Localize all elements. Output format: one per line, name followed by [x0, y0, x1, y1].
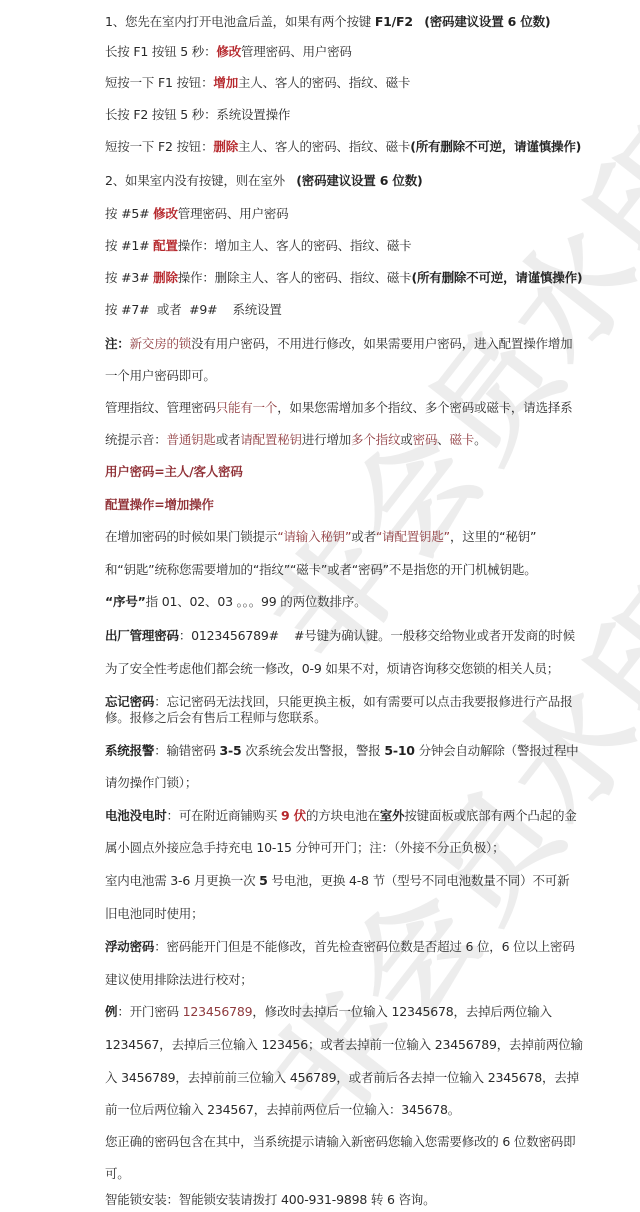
text-segment: 旧电池同时使用； — [105, 906, 203, 921]
text-line: 出厂管理密码：0123456789# #号键为确认键。一般移交给物业或者开发商的… — [105, 628, 575, 644]
text-segment: 次系统会发出警报，警报 — [241, 743, 384, 758]
text-segment: 或 — [400, 432, 412, 447]
text-segment: 的方块电池在 — [306, 808, 380, 823]
text-line: 按 #1# 配置操作：增加主人、客人的密码、指纹、磁卡 — [105, 238, 411, 254]
text-segment: 建议使用排除法进行校对； — [105, 972, 253, 987]
text-segment: 磁卡 — [449, 432, 474, 447]
text-segment: 按 #1# — [105, 238, 153, 253]
text-line: 系统报警：输错密码 3-5 次系统会发出警报，警报 5-10 分钟会自动解除（警… — [105, 743, 579, 759]
text-segment: 或者 — [216, 432, 241, 447]
text-segment: 为了安全性考虑他们都会统一修改，0-9 如果不对，烦请咨询移交您锁的相关人员； — [105, 661, 559, 676]
text-line: 智能锁安装：智能锁安装请拨打 400-931-9898 转 6 咨询。 — [105, 1192, 435, 1208]
text-segment: 1234567，去掉后三位输入 123456；或者去掉前一位输入 2345678… — [105, 1037, 583, 1052]
text-segment: 出厂管理密码 — [105, 628, 179, 643]
text-segment: 按键面板或底部有两个凸起的金 — [404, 808, 576, 823]
text-segment: 操作：增加主人、客人的密码、指纹、磁卡 — [178, 238, 412, 253]
text-segment: 操作：删除主人、客人的密码、指纹、磁卡 — [178, 270, 412, 285]
text-segment: 在增加密码的时候如果门锁提示 — [105, 529, 277, 544]
text-segment: 浮动密码 — [105, 939, 154, 954]
text-segment: 进行增加 — [302, 432, 351, 447]
text-segment: ，修改时去掉后一位输入 12345678，去掉后两位输入 — [252, 1004, 552, 1019]
text-segment: 、 — [437, 432, 449, 447]
text-line: 请勿操作门锁）； — [105, 775, 197, 791]
text-segment: 入 3456789，去掉前前三位输入 456789，或者前后各去掉一位输入 23… — [105, 1070, 579, 1085]
text-segment: (密码建议设置 6 位数) — [424, 14, 550, 29]
text-segment: 智能锁安装：智能锁安装请拨打 400-931-9898 转 6 咨询。 — [105, 1192, 435, 1207]
text-line: 用户密码=主人/客人密码 — [105, 464, 243, 480]
text-segment: 新交房的锁 — [130, 336, 192, 351]
text-segment: 长按 F2 按钮 5 秒：系统设置操作 — [105, 107, 290, 122]
text-line: 短按一下 F2 按钮：删除主人、客人的密码、指纹、磁卡(所有删除不可逆，请谨慎操… — [105, 139, 581, 155]
text-segment: 按 #5# — [105, 206, 153, 221]
text-segment: 2、如果室内没有按键，则在室外 — [105, 173, 296, 188]
text-segment: 可。 — [105, 1166, 130, 1181]
text-segment: 按 #3# — [105, 270, 153, 285]
text-segment: 电池没电时 — [105, 808, 167, 823]
text-segment: 前一位后两位输入 234567，去掉前两位后一位输入：345678。 — [105, 1102, 460, 1117]
text-line: 按 #7# 或者 #9# 系统设置 — [105, 302, 282, 318]
text-segment: 和“钥匙”统称您需要增加的“指纹”“磁卡”或者“密码”不是指您的开门机械钥匙。 — [105, 562, 537, 577]
text-line: 1、您先在室内打开电池盒后盖，如果有两个按键 F1/F2 (密码建议设置 6 位… — [105, 14, 550, 30]
text-line: 忘记密码：忘记密码无法找回，只能更换主板，如有需要可以点击我要报修进行产品报 — [105, 694, 572, 710]
text-line: 2、如果室内没有按键，则在室外 (密码建议设置 6 位数) — [105, 173, 423, 189]
text-segment: 多个指纹 — [351, 432, 400, 447]
text-line: 按 #3# 删除操作：删除主人、客人的密码、指纹、磁卡(所有删除不可逆，请谨慎操… — [105, 270, 582, 286]
text-segment: 1、您先在室内打开电池盒后盖，如果有两个按键 — [105, 14, 375, 29]
text-segment: 配置操作=增加操作 — [105, 497, 214, 512]
text-line: 按 #5# 修改管理密码、用户密码 — [105, 206, 288, 222]
text-line: 注：新交房的锁没有用户密码，不用进行修改，如果需要用户密码，进入配置操作增加 — [105, 336, 572, 352]
text-line: 管理指纹、管理密码只能有一个，如果您需增加多个指纹、多个密码或磁卡，请选择系 — [105, 400, 572, 416]
text-segment: 5 — [259, 873, 268, 888]
text-segment: 统提示音： — [105, 432, 167, 447]
text-segment: 配置 — [153, 238, 178, 253]
text-line: 一个用户密码即可。 — [105, 368, 216, 384]
text-segment: 一个用户密码即可。 — [105, 368, 216, 383]
text-segment: 忘记密码 — [105, 694, 154, 709]
text-segment: 请勿操作门锁）； — [105, 775, 197, 790]
text-line: 前一位后两位输入 234567，去掉前两位后一位输入：345678。 — [105, 1102, 460, 1118]
text-line: 为了安全性考虑他们都会统一修改，0-9 如果不对，烦请咨询移交您锁的相关人员； — [105, 661, 559, 677]
text-segment: 修改 — [216, 44, 241, 59]
text-segment: ：开门密码 — [117, 1004, 182, 1019]
text-segment: (所有删除不可逆，请谨慎操作) — [410, 139, 581, 154]
text-line: 旧电池同时使用； — [105, 906, 203, 922]
text-segment: 密码 — [413, 432, 438, 447]
text-segment: ：可在附近商铺购买 — [167, 808, 281, 823]
text-segment: 管理指纹、管理密码 — [105, 400, 216, 415]
text-segment: 长按 F1 按钮 5 秒： — [105, 44, 216, 59]
text-segment: 管理密码、用户密码 — [178, 206, 289, 221]
text-line: 在增加密码的时候如果门锁提示“请输入秘钥”或者“请配置钥匙”，这里的“秘钥” — [105, 529, 536, 545]
text-line: 浮动密码：密码能开门但是不能修改，首先检查密码位数是否超过 6 位，6 位以上密… — [105, 939, 575, 955]
text-segment: 增加 — [213, 75, 238, 90]
text-segment: 。 — [474, 432, 486, 447]
text-segment: 室外 — [380, 808, 405, 823]
text-segment: 注： — [105, 336, 130, 351]
text-segment: “请输入秘钥” — [277, 529, 351, 544]
text-segment: F1/F2 — [375, 14, 413, 29]
text-segment: 主人、客人的密码、指纹、磁卡 — [238, 139, 410, 154]
text-line: 统提示音：普通钥匙或者请配置秘钥进行增加多个指纹或密码、磁卡。 — [105, 432, 486, 448]
text-segment: 属小圆点外接应急手持充电 10-15 分钟可开门；注：（外接不分正负极）； — [105, 840, 504, 855]
text-line: 例：开门密码 123456789，修改时去掉后一位输入 12345678，去掉后… — [105, 1004, 552, 1020]
text-segment: 5-10 — [384, 743, 414, 758]
document-page: 非会员水印 非会员水印 1、您先在室内打开电池盒后盖，如果有两个按键 F1/F2… — [0, 0, 640, 1212]
text-segment: 系统报警 — [105, 743, 154, 758]
text-segment: ：输错密码 — [154, 743, 219, 758]
text-segment: 普通钥匙 — [167, 432, 216, 447]
text-line: 和“钥匙”统称您需要增加的“指纹”“磁卡”或者“密码”不是指您的开门机械钥匙。 — [105, 562, 537, 578]
text-segment: 主人、客人的密码、指纹、磁卡 — [238, 75, 410, 90]
text-segment: 管理密码、用户密码 — [241, 44, 352, 59]
text-segment: ，这里的“秘钥” — [450, 529, 536, 544]
text-segment: ：忘记密码无法找回，只能更换主板，如有需要可以点击我要报修进行产品报 — [154, 694, 572, 709]
text-segment: 分钟会自动解除（警报过程中 — [415, 743, 579, 758]
text-segment: 您正确的密码包含在其中，当系统提示请输入新密码您输入您需要修改的 6 位数密码即 — [105, 1134, 575, 1149]
text-line: 入 3456789，去掉前前三位输入 456789，或者前后各去掉一位输入 23… — [105, 1070, 579, 1086]
text-segment: 删除 — [153, 270, 178, 285]
text-line: 建议使用排除法进行校对； — [105, 972, 253, 988]
text-line: 长按 F2 按钮 5 秒：系统设置操作 — [105, 107, 290, 123]
text-segment: ：密码能开门但是不能修改，首先检查密码位数是否超过 6 位，6 位以上密码 — [154, 939, 574, 954]
text-line: 可。 — [105, 1166, 130, 1182]
text-segment: 用户密码=主人/客人密码 — [105, 464, 243, 479]
text-segment: 短按一下 F1 按钮： — [105, 75, 213, 90]
text-line: 短按一下 F1 按钮：增加主人、客人的密码、指纹、磁卡 — [105, 75, 410, 91]
text-segment: 号电池，更换 4-8 节（型号不同电池数量不同）不可新 — [268, 873, 570, 888]
text-line: 长按 F1 按钮 5 秒：修改管理密码、用户密码 — [105, 44, 352, 60]
text-segment: 删除 — [213, 139, 238, 154]
text-segment: 9 伏 — [281, 808, 306, 823]
text-line: 修。报修之后会有售后工程师与您联系。 — [105, 710, 326, 726]
text-segment — [413, 14, 424, 29]
text-segment: 没有用户密码，不用进行修改，如果需要用户密码，进入配置操作增加 — [191, 336, 572, 351]
text-line: 属小圆点外接应急手持充电 10-15 分钟可开门；注：（外接不分正负极）； — [105, 840, 504, 856]
text-segment: 只能有一个 — [216, 400, 278, 415]
text-segment: 室内电池需 3-6 月更换一次 — [105, 873, 259, 888]
text-segment: ：0123456789# #号键为确认键。一般移交给物业或者开发商的时候 — [179, 628, 575, 643]
text-segment: 请配置秘钥 — [240, 432, 302, 447]
text-segment: “请配置钥匙” — [376, 529, 450, 544]
text-segment: 修改 — [153, 206, 178, 221]
text-segment: 短按一下 F2 按钮： — [105, 139, 213, 154]
text-segment: 指 01、02、03 。。。99 的两位数排序。 — [146, 594, 367, 609]
text-line: 电池没电时：可在附近商铺购买 9 伏的方块电池在室外按键面板或底部有两个凸起的金 — [105, 808, 577, 824]
text-segment: 123456789 — [183, 1004, 253, 1019]
text-line: 您正确的密码包含在其中，当系统提示请输入新密码您输入您需要修改的 6 位数密码即 — [105, 1134, 575, 1150]
text-segment: (密码建议设置 6 位数) — [296, 173, 422, 188]
text-segment: “序号” — [105, 594, 146, 609]
text-segment: (所有删除不可逆，请谨慎操作) — [411, 270, 582, 285]
text-line: “序号”指 01、02、03 。。。99 的两位数排序。 — [105, 594, 366, 610]
text-segment: 3-5 — [219, 743, 241, 758]
text-segment: 例 — [105, 1004, 117, 1019]
text-line: 配置操作=增加操作 — [105, 497, 214, 513]
text-line: 室内电池需 3-6 月更换一次 5 号电池，更换 4-8 节（型号不同电池数量不… — [105, 873, 569, 889]
text-segment: 按 #7# 或者 #9# 系统设置 — [105, 302, 282, 317]
text-line: 1234567，去掉后三位输入 123456；或者去掉前一位输入 2345678… — [105, 1037, 583, 1053]
text-segment: 修。报修之后会有售后工程师与您联系。 — [105, 710, 326, 725]
text-segment: 或者 — [351, 529, 376, 544]
text-segment: ，如果您需增加多个指纹、多个密码或磁卡，请选择系 — [277, 400, 572, 415]
